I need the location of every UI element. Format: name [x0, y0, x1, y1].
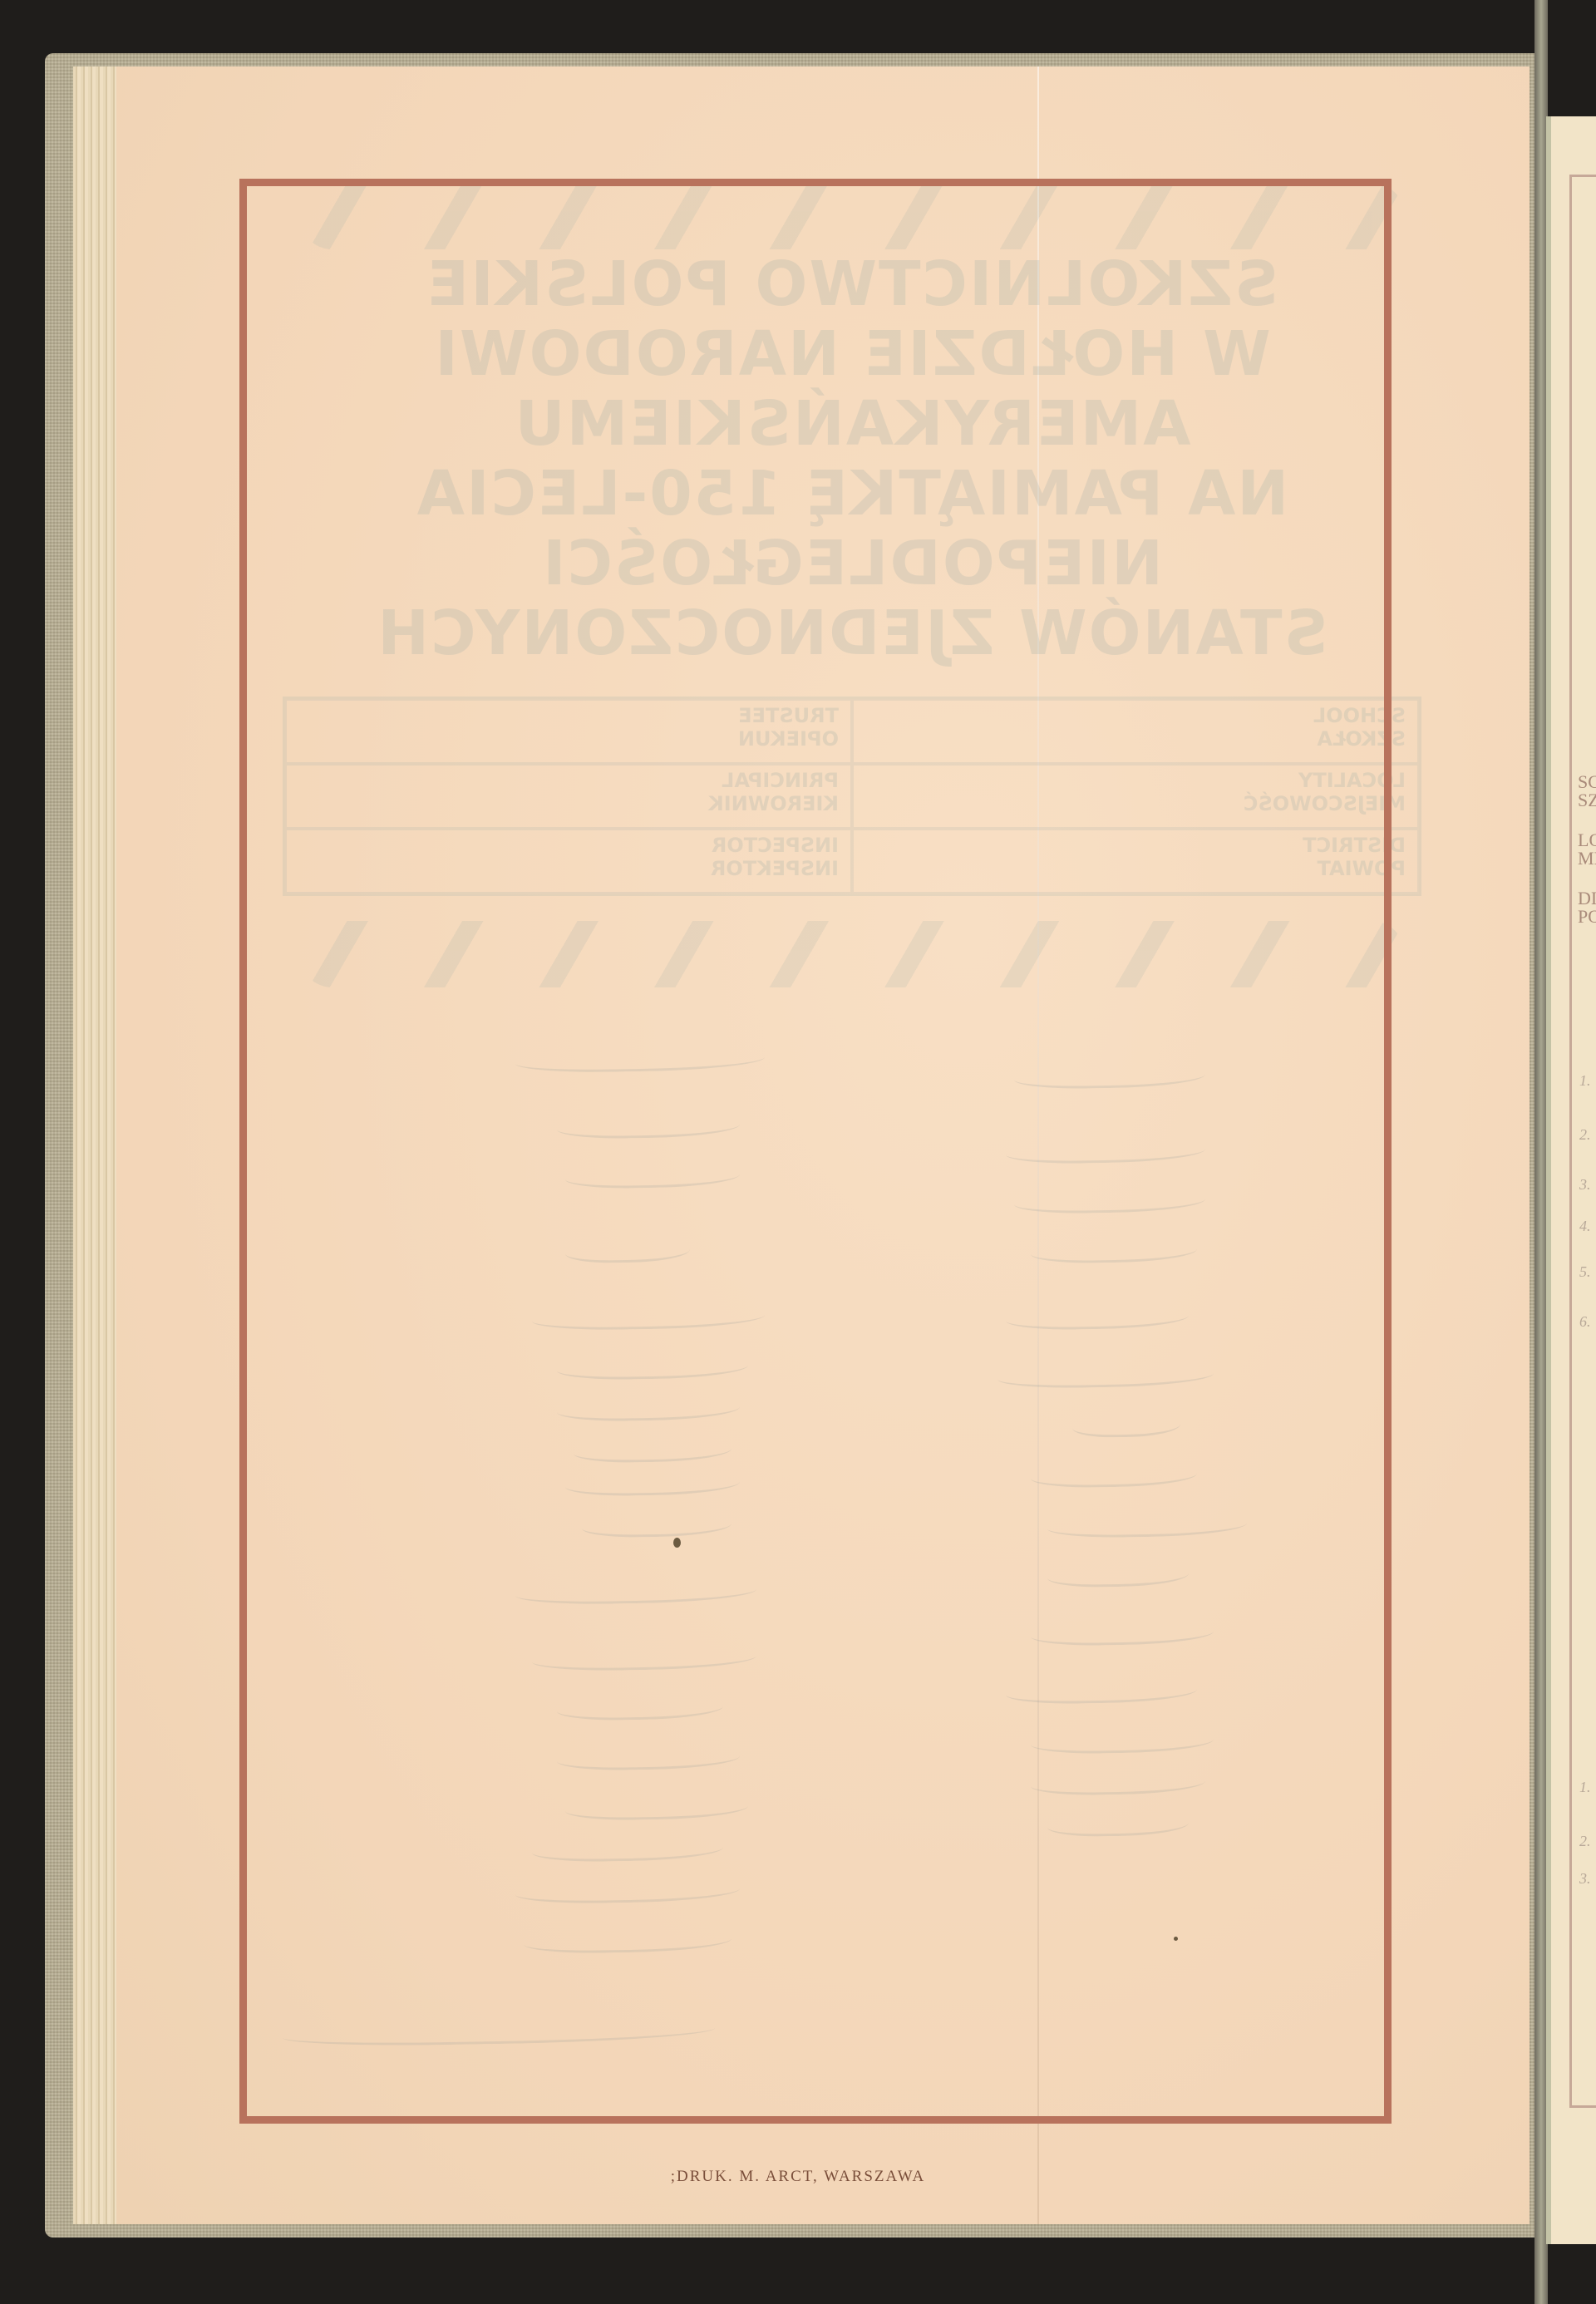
- adjacent-label-district: DIPO: [1578, 889, 1596, 926]
- adjacent-label-locality: LOMI: [1578, 831, 1596, 868]
- adjacent-label-school: SCHSZK: [1578, 773, 1596, 810]
- page-edges: [73, 66, 123, 2224]
- list-number: 1.: [1579, 1072, 1591, 1090]
- list-number: 6.: [1579, 1313, 1591, 1331]
- list-number: 2.: [1579, 1833, 1591, 1850]
- decorative-border-frame: [239, 179, 1392, 2124]
- adjacent-page-sliver: SCHSZK LOMI DIPO 1. 2. 3. 4. 5. 6. 1. 2.…: [1546, 116, 1596, 2244]
- list-number: 1.: [1579, 1779, 1591, 1796]
- list-number: 2.: [1579, 1126, 1591, 1144]
- list-number: 5.: [1579, 1263, 1591, 1281]
- list-number: 4.: [1579, 1218, 1591, 1235]
- list-number: 3.: [1579, 1870, 1591, 1888]
- printer-imprint: ;DRUK. M. ARCT, WARSZAWA: [0, 2168, 1596, 2186]
- list-number: 3.: [1579, 1176, 1591, 1194]
